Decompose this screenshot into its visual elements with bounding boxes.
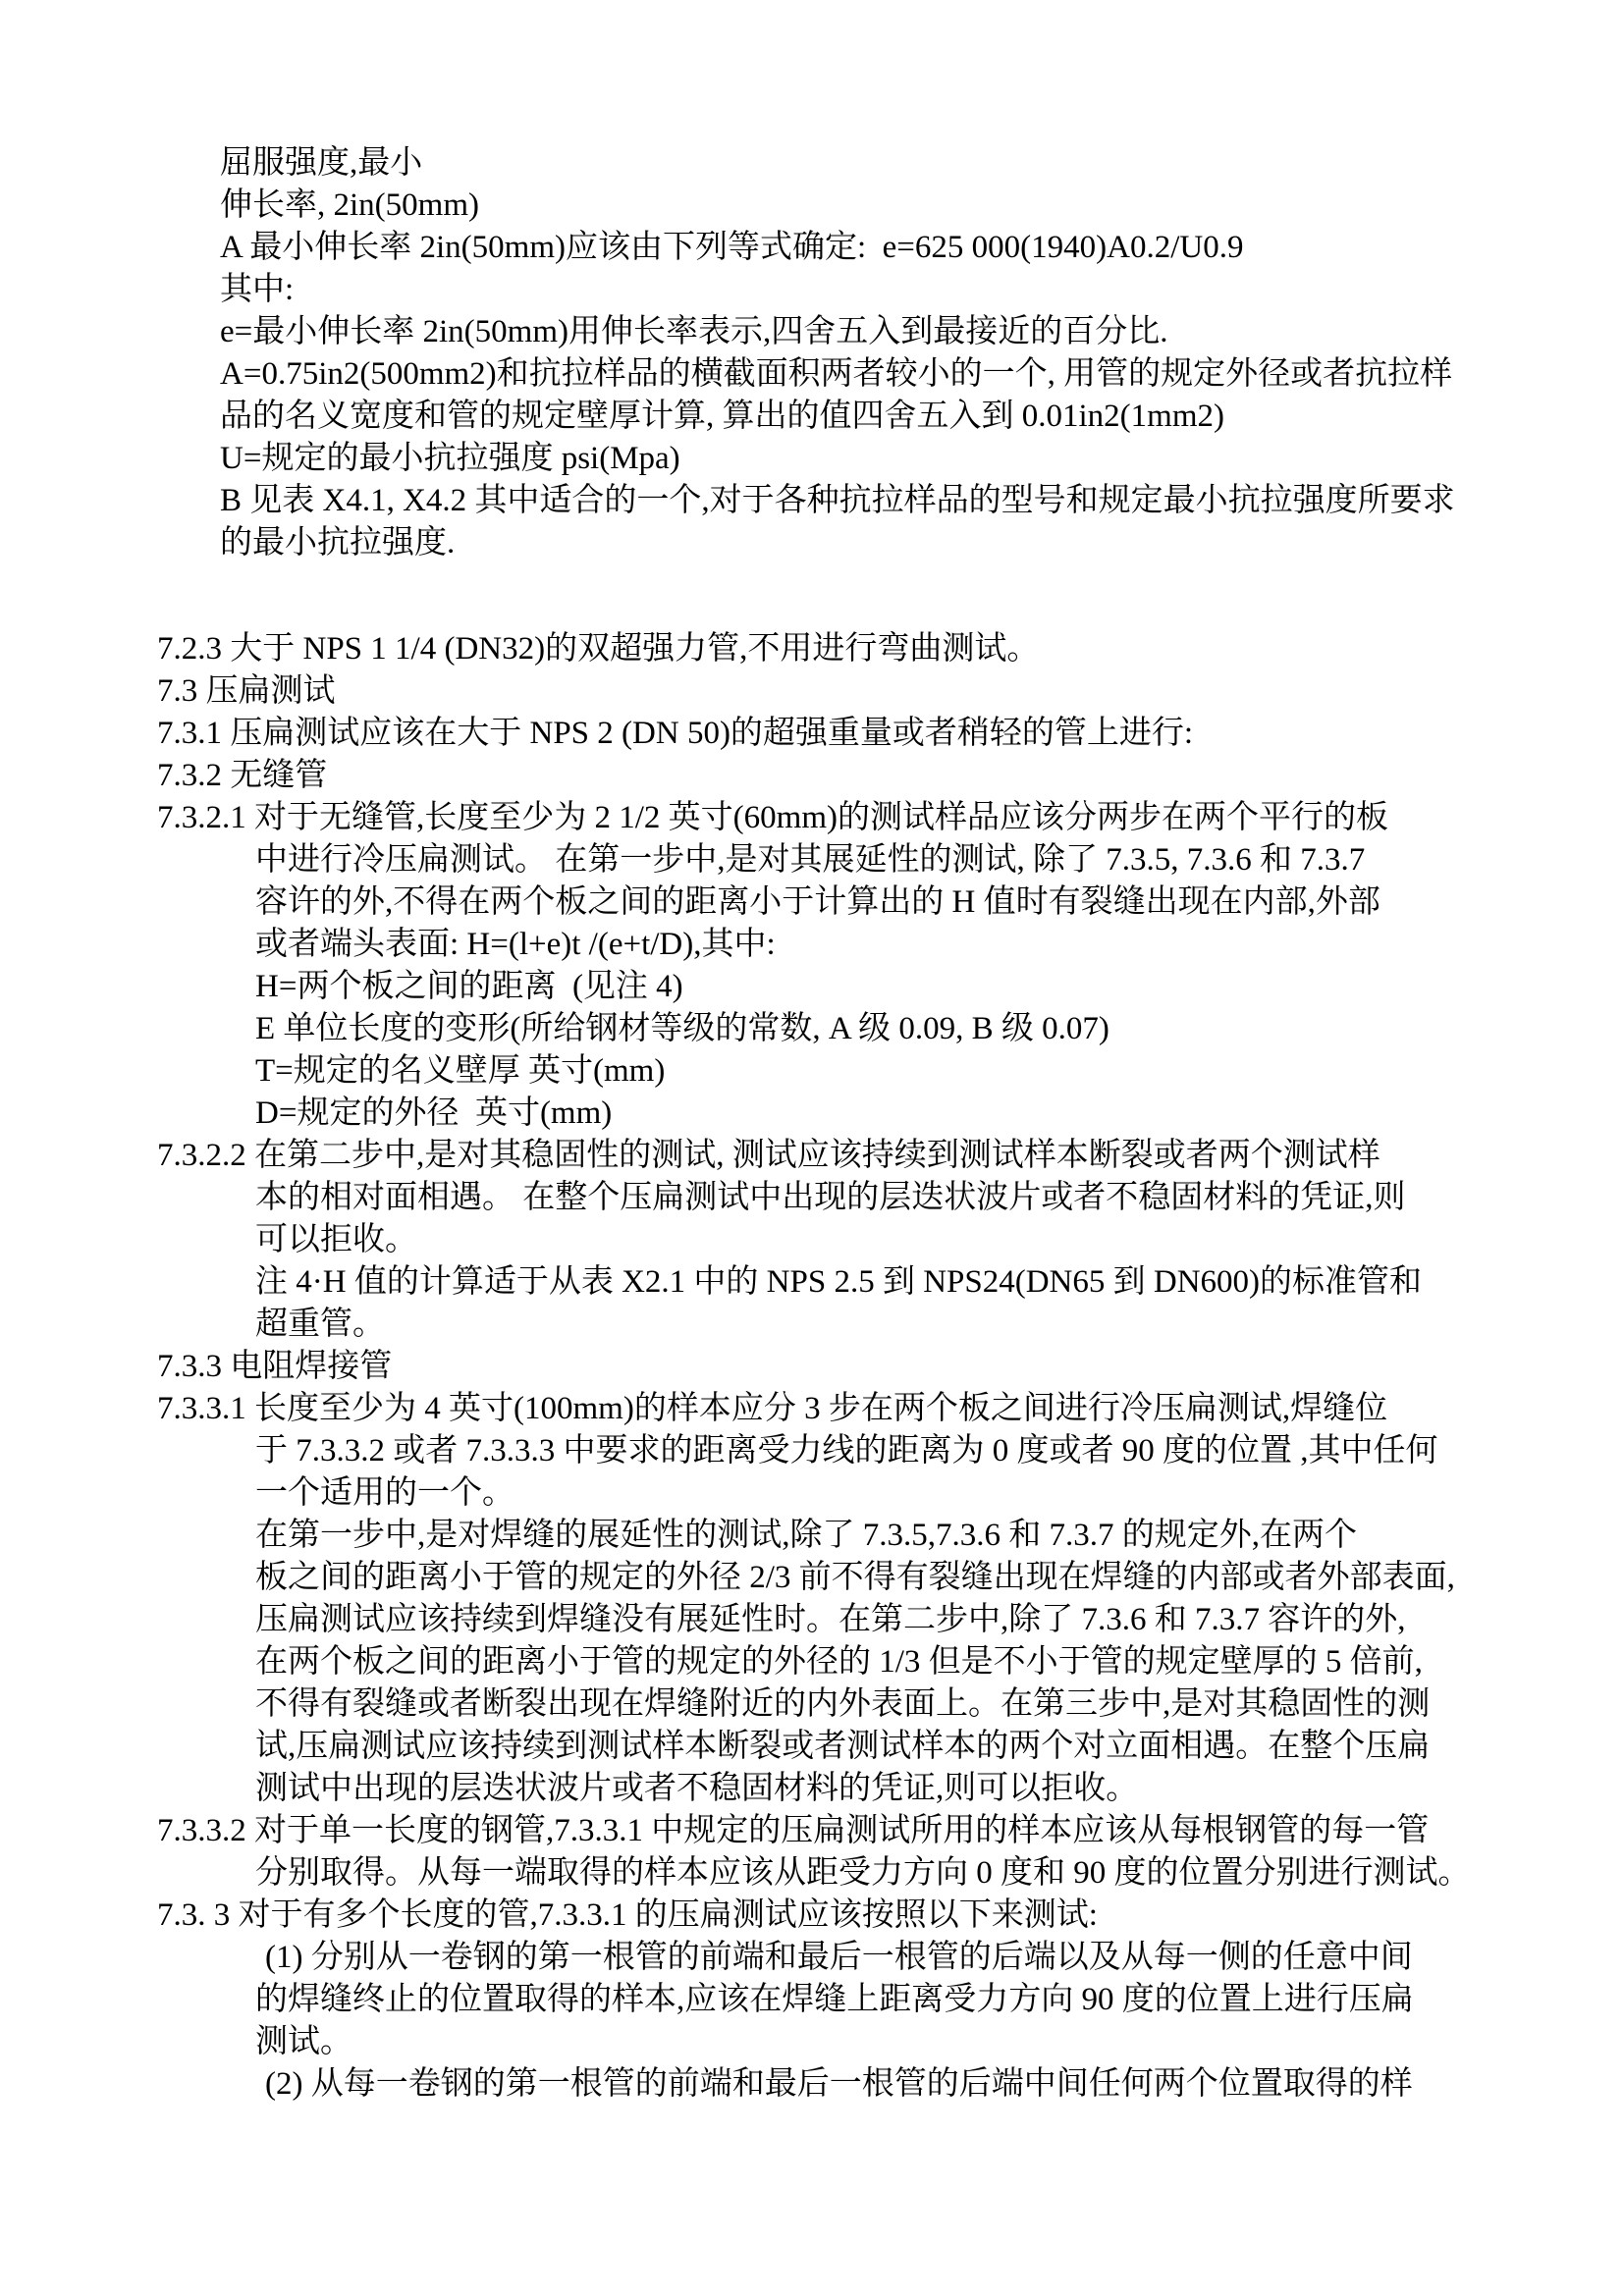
footnote-line: A 最小伸长率 2in(50mm)应该由下列等式确定: e=625 000(19… bbox=[220, 227, 1530, 269]
text-line: 于 7.3.3.2 或者 7.3.3.3 中要求的距离受力线的距离为 0 度或者… bbox=[255, 1430, 1530, 1472]
note-4-line: 注 4·H 值的计算适于从表 X2.1 中的 NPS 2.5 到 NPS24(D… bbox=[255, 1261, 1530, 1304]
text-line: 容许的外,不得在两个板之间的距离小于计算出的 H 值时有裂缝出现在内部,外部 bbox=[255, 881, 1530, 924]
text-line: 压扁测试应该持续到焊缝没有展延性时。在第二步中,除了 7.3.6 和 7.3.7… bbox=[255, 1599, 1530, 1641]
footnote-line: 其中: bbox=[220, 269, 1530, 311]
text-line: 试,压扁测试应该持续到测试样本断裂或者测试样本的两个对立面相遇。在整个压扁 bbox=[255, 1726, 1530, 1768]
text-line: T=规定的名义壁厚 英寸(mm) bbox=[255, 1050, 1530, 1093]
list-item-2-line: (2) 从每一卷钢的第一根管的前端和最后一根管的后端中间任何两个位置取得的样 bbox=[265, 2063, 1530, 2106]
footnote-line: A=0.75in2(500mm2)和抗拉样品的横截面积两者较小的一个, 用管的规… bbox=[220, 353, 1530, 396]
section-line-7-3-3-1: 7.3.3.1 长度至少为 4 英寸(100mm)的样本应分 3 步在两个板之间… bbox=[157, 1388, 1530, 1430]
text-line: 不得有裂缝或者断裂出现在焊缝附近的内外表面上。在第三步中,是对其稳固性的测 bbox=[255, 1683, 1530, 1726]
section-line-7-3-1: 7.3.1 压扁测试应该在大于 NPS 2 (DN 50)的超强重量或者稍轻的管… bbox=[157, 713, 1530, 755]
text-line: D=规定的外径 英寸(mm) bbox=[255, 1093, 1530, 1135]
text-line: 的焊缝终止的位置取得的样本,应该在焊缝上距离受力方向 90 度的位置上进行压扁 bbox=[255, 1979, 1530, 2021]
footnote-line: 伸长率, 2in(50mm) bbox=[220, 185, 1530, 227]
text-line: 测试。 bbox=[255, 2021, 1530, 2063]
text-line: 在两个板之间的距离小于管的规定的外径的 1/3 但是不小于管的规定壁厚的 5 倍… bbox=[255, 1641, 1530, 1683]
text-line: 测试中出现的层迭状波片或者不稳固材料的凭证,则可以拒收。 bbox=[255, 1768, 1530, 1810]
text-line: 板之间的距离小于管的规定的外径 2/3 前不得有裂缝出现在焊缝的内部或者外部表面… bbox=[255, 1557, 1530, 1599]
paragraph-gap bbox=[157, 564, 1530, 628]
text-line: 可以拒收。 bbox=[255, 1219, 1530, 1261]
text-line: 本的相对面相遇。 在整个压扁测试中出现的层迭状波片或者不稳固材料的凭证,则 bbox=[255, 1177, 1530, 1219]
text-line: H=两个板之间的距离 (见注 4) bbox=[255, 966, 1530, 1008]
footnote-line: e=最小伸长率 2in(50mm)用伸长率表示,四舍五入到最接近的百分比. bbox=[220, 311, 1530, 353]
text-line: 一个适用的一个。 bbox=[255, 1472, 1530, 1515]
footnote-line: B 见表 X4.1, X4.2 其中适合的一个,对于各种抗拉样品的型号和规定最小… bbox=[220, 480, 1530, 522]
list-item-1-line: (1) 分别从一卷钢的第一根管的前端和最后一根管的后端以及从每一侧的任意中间 bbox=[265, 1937, 1530, 1979]
section-line-7-2-3: 7.2.3 大于 NPS 1 1/4 (DN32)的双超强力管,不用进行弯曲测试… bbox=[157, 628, 1530, 670]
section-line-7-3-2-2: 7.3.2.2 在第二步中,是对其稳固性的测试, 测试应该持续到测试样本断裂或者… bbox=[157, 1135, 1530, 1177]
footnote-line: 品的名义宽度和管的规定壁厚计算, 算出的值四舍五入到 0.01in2(1mm2) bbox=[220, 396, 1530, 438]
section-line-7-3-3-2: 7.3.3.2 对于单一长度的钢管,7.3.3.1 中规定的压扁测试所用的样本应… bbox=[157, 1810, 1530, 1852]
text-line: 分别取得。从每一端取得的样本应该从距受力方向 0 度和 90 度的位置分别进行测… bbox=[255, 1852, 1530, 1895]
footnote-line: 屈服强度,最小 bbox=[220, 142, 1530, 185]
text-line: 中进行冷压扁测试。 在第一步中,是对其展延性的测试, 除了 7.3.5, 7.3… bbox=[255, 839, 1530, 881]
footnote-line: 的最小抗拉强度. bbox=[220, 522, 1530, 564]
section-line-7-3-2-1: 7.3.2.1 对于无缝管,长度至少为 2 1/2 英寸(60mm)的测试样品应… bbox=[157, 797, 1530, 839]
text-line: 或者端头表面: H=(l+e)t /(e+t/D),其中: bbox=[255, 924, 1530, 966]
footnote-line: U=规定的最小抗拉强度 psi(Mpa) bbox=[220, 438, 1530, 480]
text-line: 在第一步中,是对焊缝的展延性的测试,除了 7.3.5,7.3.6 和 7.3.7… bbox=[255, 1515, 1530, 1557]
note-4-line: 超重管。 bbox=[255, 1304, 1530, 1346]
document-page: 屈服强度,最小 伸长率, 2in(50mm) A 最小伸长率 2in(50mm)… bbox=[0, 0, 1623, 2296]
section-line-7-3-3: 7.3.3 电阻焊接管 bbox=[157, 1346, 1530, 1388]
section-line-7-3-2: 7.3.2 无缝管 bbox=[157, 755, 1530, 797]
section-line-7-3: 7.3 压扁测试 bbox=[157, 670, 1530, 713]
section-line-7-3-3: 7.3. 3 对于有多个长度的管,7.3.3.1 的压扁测试应该按照以下来测试: bbox=[157, 1895, 1530, 1937]
text-line: E 单位长度的变形(所给钢材等级的常数, A 级 0.09, B 级 0.07) bbox=[255, 1008, 1530, 1050]
